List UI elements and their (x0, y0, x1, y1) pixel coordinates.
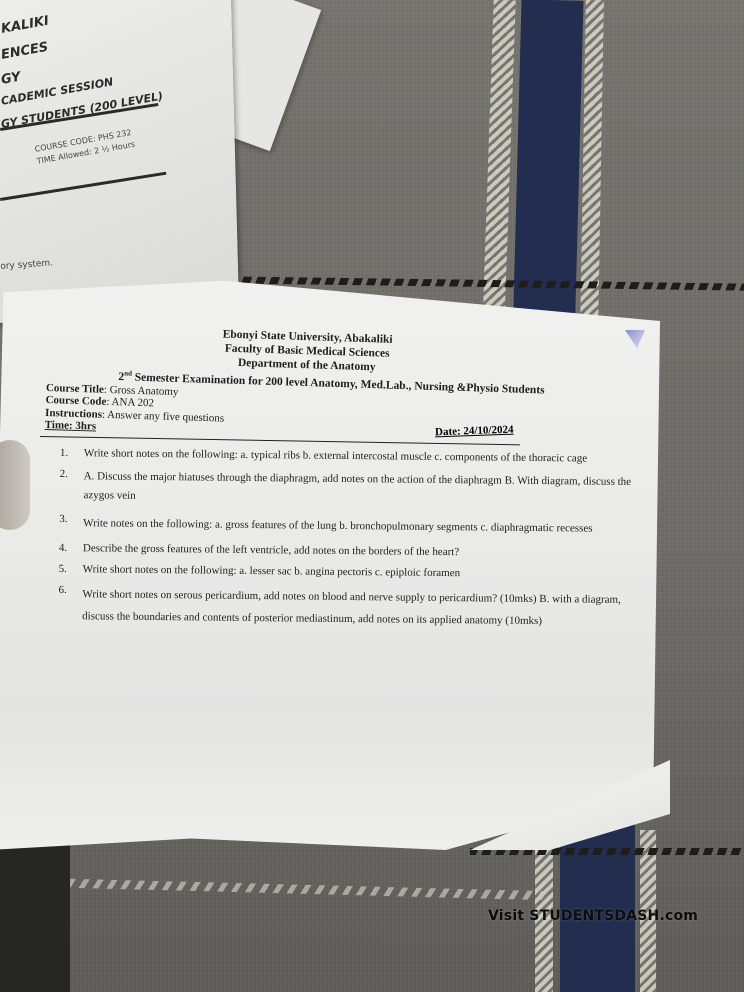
question-number: 1. (60, 446, 84, 460)
question-text: Write short notes on the following: a. l… (83, 562, 649, 582)
instructions-label: Instructions (45, 407, 102, 421)
watermark-link[interactable]: Visit STUDENTSDASH.com (488, 908, 698, 924)
question-text: Describe the gross features of the left … (83, 541, 649, 561)
fabric-stripe-blue (512, 0, 583, 346)
question-number: 2. (59, 467, 83, 505)
thumb (0, 440, 30, 530)
shadow (0, 840, 70, 992)
question-number: 5. (59, 562, 83, 576)
question-number: 6. (58, 583, 82, 627)
course-title-label: Course Title (46, 382, 104, 396)
question-number: 3. (59, 512, 83, 534)
fabric-stripe-blue (560, 820, 635, 992)
question-item: 3.Write notes on the following: a. gross… (59, 512, 649, 540)
question-item: 4.Describe the gross features of the lef… (59, 541, 649, 561)
course-code-value: : ANA 202 (106, 396, 154, 409)
question-list: 1.Write short notes on the following: a.… (58, 446, 650, 640)
question-number: 4. (59, 541, 83, 555)
question-item: 5.Write short notes on the following: a.… (59, 562, 649, 582)
question-text: Write notes on the following: a. gross f… (83, 512, 649, 540)
question-text: Write short notes on serous pericardium,… (82, 583, 648, 633)
question-item: 2.A. Discuss the major hiatuses through … (59, 467, 649, 511)
question-item: 6.Write short notes on serous pericardiu… (58, 583, 648, 633)
question-text: A. Discuss the major hiatuses through th… (83, 467, 649, 511)
